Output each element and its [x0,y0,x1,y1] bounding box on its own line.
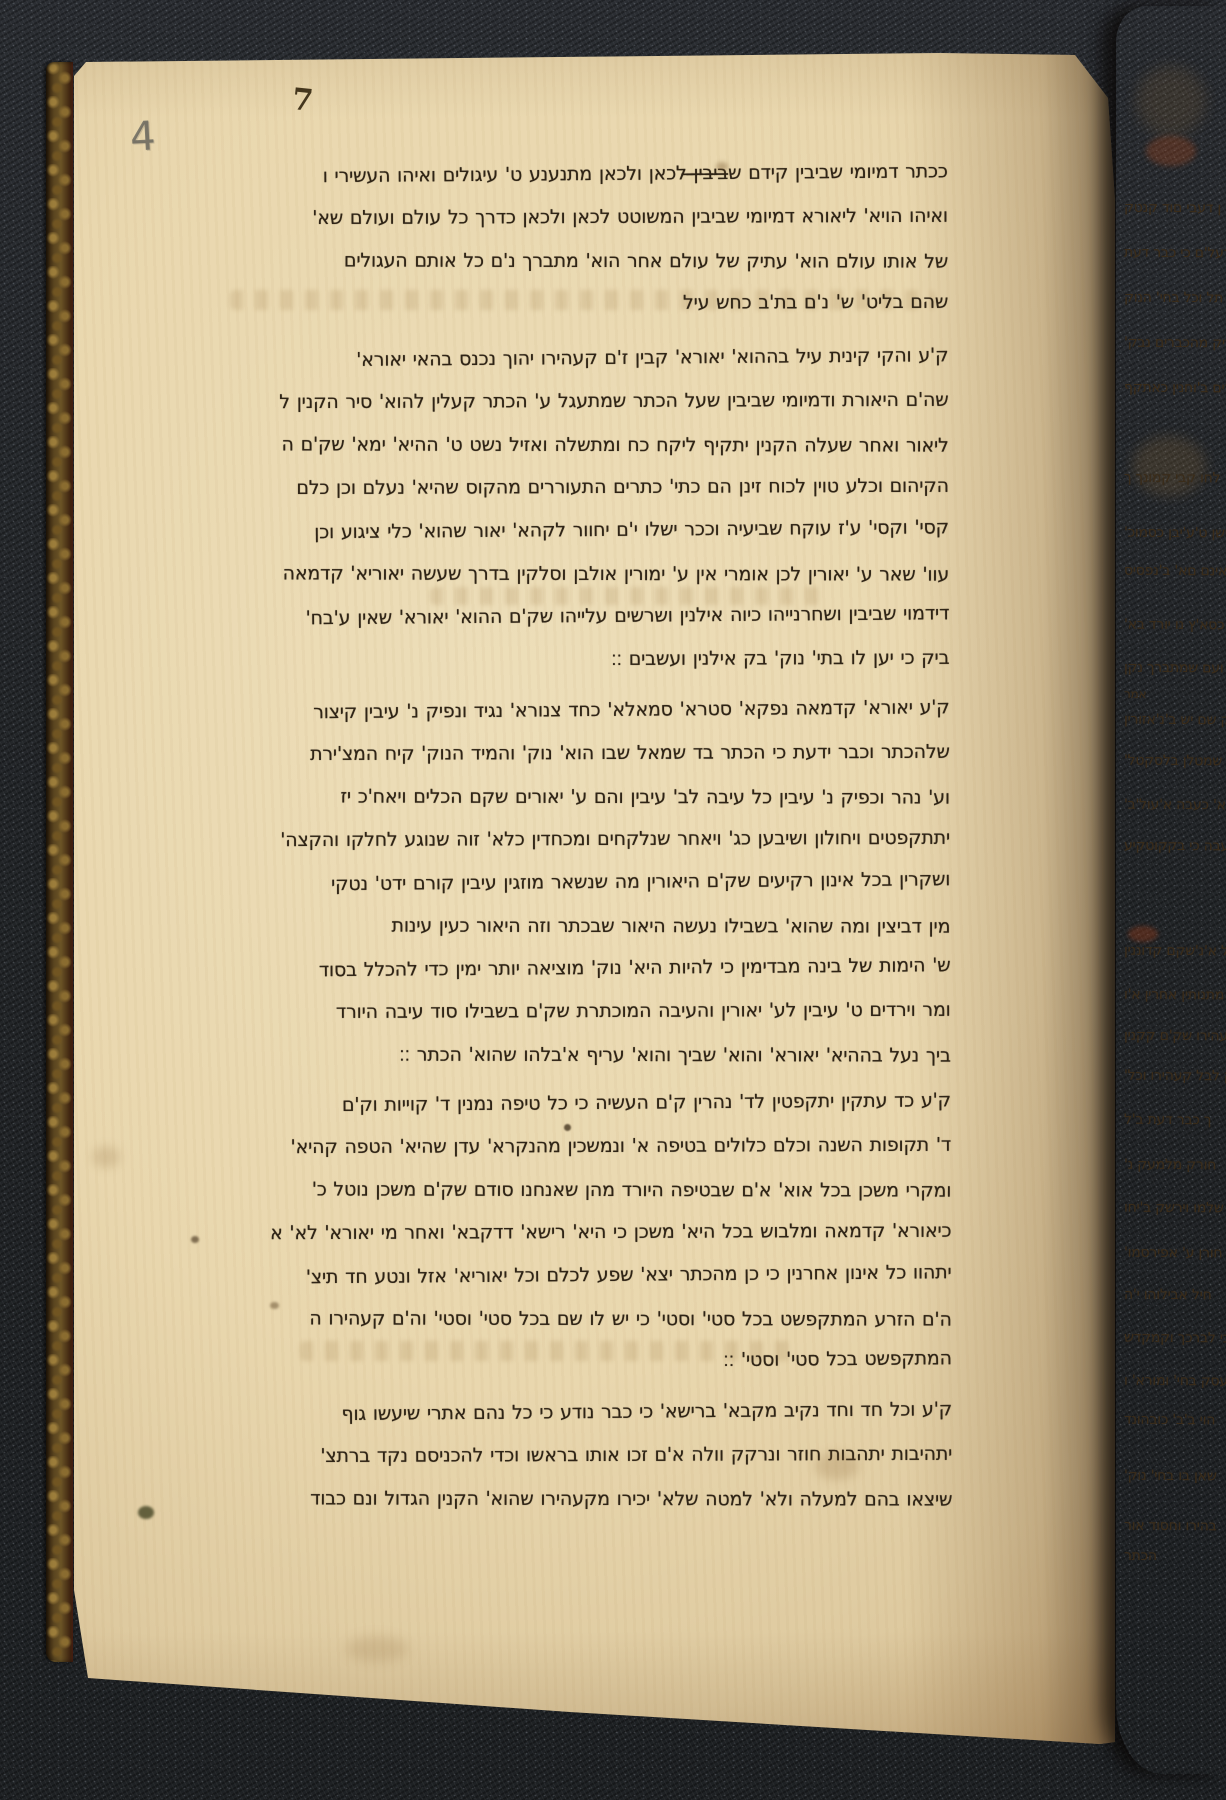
manuscript-line: ד' תקופות השנה וכלם כלולים בטיפה א' ונמש… [251,1124,951,1169]
next-folio-fragment: ועם שמתברך נקן [1124,660,1224,677]
manuscript-line: ה'ם הזרע המתקפשט בכל סטי' וסטי' כי יש לו… [252,1297,952,1341]
manuscript-line: ביך נעל בההיא' יאורא' והוא' שביך והוא' ע… [251,1033,951,1077]
next-folio-fragment: ק' תל וכל בחי' הנוק [1124,290,1226,307]
next-folio-fragment: חיל אבילוהו י'ה [1124,1287,1212,1304]
manuscript-line: ש' הימות של בינה מבדימין כי להיות היא' נ… [250,944,950,992]
next-folio-fragment: בדים ב'וחנין כאתקף [1124,380,1226,397]
ink-smudge [1136,66,1206,136]
manuscript-line: דידמוי שביבין ושחרנייהו כיוה אילנין ושרש… [249,592,949,640]
stain [815,1452,859,1480]
next-folio-edge: ן דעבי םוד קנטקרעל'ם כי כבר דעתק' תל וכל… [1116,6,1226,1774]
next-folio-fragment: הוי ב'ב' כובהונד [1124,1412,1215,1429]
manuscript-line: ומקרי משכן בכל אוא' א'ם שבטיפה היורד מהן… [251,1168,951,1212]
stain [716,162,728,171]
manuscript-line: ק'ע יאורא' קדמאה נפקא' סטרא' סמאלא' כחד … [249,686,949,734]
manuscript-line: הקיהום וכלע טוין לכוח זינן הם כתי' כתרים… [249,465,949,510]
next-folio-fragment: עבה כי בקקוטקיע [1124,838,1226,855]
next-folio-fragment: בהירו וחסוד אור [1124,1518,1217,1535]
next-folio-fragment: הכתר [1124,1548,1157,1564]
manuscript-line: ככתר דמיומי שביבין קידם ש̶ב̶י̶ב̶י̶ן̶ לכא… [248,150,948,198]
next-folio-fragment: חורן ע' אפירסמו' [1124,1245,1223,1262]
manuscript-line: ואיהו הויא' ליאורא דמיומי שביבין המשוטט … [248,195,948,240]
manuscript-line: קסי' וקסי' ע'ז עוקח שביעיה וככר ישלו י'ם… [249,506,949,554]
folio-number-pencil: 4 [129,113,157,160]
next-folio-fragment: בי לברכך וקמקדש [1124,1330,1226,1347]
next-folio-fragment: ן דעבי םוד קנטק [1124,200,1221,217]
paragraph: ק'ע כד עתקין יתקפטין לד' נהרין ק'ם העשיה… [251,1081,952,1384]
stain [92,1146,120,1168]
stain [270,1302,279,1309]
manuscript-line: ק'ע והקי קינית עיל בההוא' יאורא' קבין ז'… [248,334,948,382]
next-folio-fragment: ישן ט'ע'יבן כסמוכ' [1124,525,1226,542]
red-ink-smudge [1128,926,1158,942]
next-folio-fragment: עסק בחי' ומורא' ו [1124,1373,1226,1390]
manuscript-page: 7 4 ככתר דמיומי שביבין קידם ש̶ב̶י̶ב̶י̶ן̶… [70,50,1115,1750]
manuscript-line: ושקרין בכל אינון רקיעים שק'ם היאורין מה … [250,858,950,906]
next-folio-fragment: רעל'ם כי כבר דעת [1124,245,1226,262]
next-folio-fragment: אינם םא' ב'נפסיס [1124,563,1226,580]
paragraph: ככתר דמיומי שביבין קידם ש̶ב̶י̶ב̶י̶ן̶ לכא… [248,152,949,326]
manuscript-line: שיצאו בהם למעלה ולא' למטה שלא' יכירו מקע… [252,1477,952,1521]
photograph-of-manuscript: { "manuscript": { "folio_number_ink": "7… [0,0,1226,1800]
manuscript-line: יתתקפטים ויחולון ושיבען כג' ויאחר שנלקחי… [250,817,950,862]
manuscript-line: יתהוו כל אינון אחרנין כי כן מהכתר יצא' ש… [251,1251,951,1299]
next-folio-fragment: חורק מלמעק נ' [1124,1157,1216,1174]
manuscript-line: של אותו עולם הוא' עתיק של עולם אחר הוא' … [248,239,948,283]
manuscript-line: ומר וירדים ט' עיבין לע' יאורין והעיבה המ… [251,989,951,1034]
manuscript-line: המתקפשט בכל סטי' וסטי' ׃׃ [252,1337,952,1385]
book-gilt-binding-edge [46,62,73,1662]
manuscript-line: ביק כי יען לו בתי' נוק' בק אילנין ועשבים… [249,637,949,682]
next-folio-fragment: בוריק שם יש ב'נ'אזורין [1124,712,1226,729]
ink-smudge [1132,436,1206,496]
folio-number-ink: 7 [290,82,314,119]
stain [346,1636,408,1662]
red-ink-smudge [1146,136,1196,166]
next-folio-fragment: לא' כעבה א'עול'ב' [1124,797,1226,814]
next-folio-fragment: ל א'נ'שקם קדוננין [1124,943,1226,960]
next-folio-fragment: אמר [1124,687,1146,701]
next-folio-fragment: מתנותין אחרין א'ו [1124,987,1224,1004]
next-folio-fragment: חבל כסא'ץ נו יורד בא' [1124,617,1226,634]
paragraph: ק'ע יאורא' קדמאה נפקא' סטרא' סמאלא' כחד … [249,688,950,1077]
stain [564,1124,571,1131]
next-folio-fragment: ריק מהכברים נבק' [1124,335,1226,352]
stain [138,1506,154,1519]
manuscript-line: כיאורא' קדמאה ומלבוש בכל היא' משכן כי הי… [251,1210,951,1255]
manuscript-line: עוו' שאר ע' יאורין לכן אומרי אין ע' ימור… [249,552,949,596]
next-folio-fragment: עד שמטלן בלסקטל' [1124,753,1226,770]
text-block: ככתר דמיומי שביבין קידם ש̶ב̶י̶ב̶י̶ן̶ לכא… [248,152,953,1521]
next-folio-fragment: שאן בו בחי' נוק' [1124,1468,1217,1485]
next-folio-fragment: לחו קבי קמונך ך [1124,470,1220,487]
paragraph: ק'ע והקי קינית עיל בההוא' יאורא' קבין ז'… [248,336,949,682]
next-folio-fragment: ך כבר דעת ב'ל [1124,1112,1211,1129]
manuscript-line: שה'ם היאורת ודמיומי שביבין שעל הכתר שמתע… [248,379,948,424]
manuscript-line: ק'ע כד עתקין יתקפטין לד' נהרין ק'ם העשיה… [251,1079,951,1127]
manuscript-line: וע' נהר וכפיק נ' עיבין כל עיבה לב' עיבין… [250,775,950,819]
manuscript-line: ק'ע וכל חד וחד נקיב מקבא' ברישא' כי כבר … [252,1388,952,1436]
manuscript-line: שלהכתר וכבר ידעת כי הכתר בד שמאל שבו הוא… [250,731,950,776]
next-folio-fragment: ן שלמו וירשק ב'יחו [1124,1200,1226,1217]
stain [191,1236,199,1243]
next-folio-fragment: ק לבל קעהירו וכל' [1124,1068,1226,1085]
manuscript-line: שהם בליט' ש' נ'ם בת'ב כחש עיל [248,281,948,326]
manuscript-line: ליאור ואחר שעלה הקנין יתקיף ליקח כח ומתש… [249,423,949,467]
next-folio-fragment: קעהירו שק'ם קקנין [1124,1028,1226,1045]
manuscript-line: מין דביצין ומה שהוא' בשבילו נעשה היאור ש… [250,904,950,948]
